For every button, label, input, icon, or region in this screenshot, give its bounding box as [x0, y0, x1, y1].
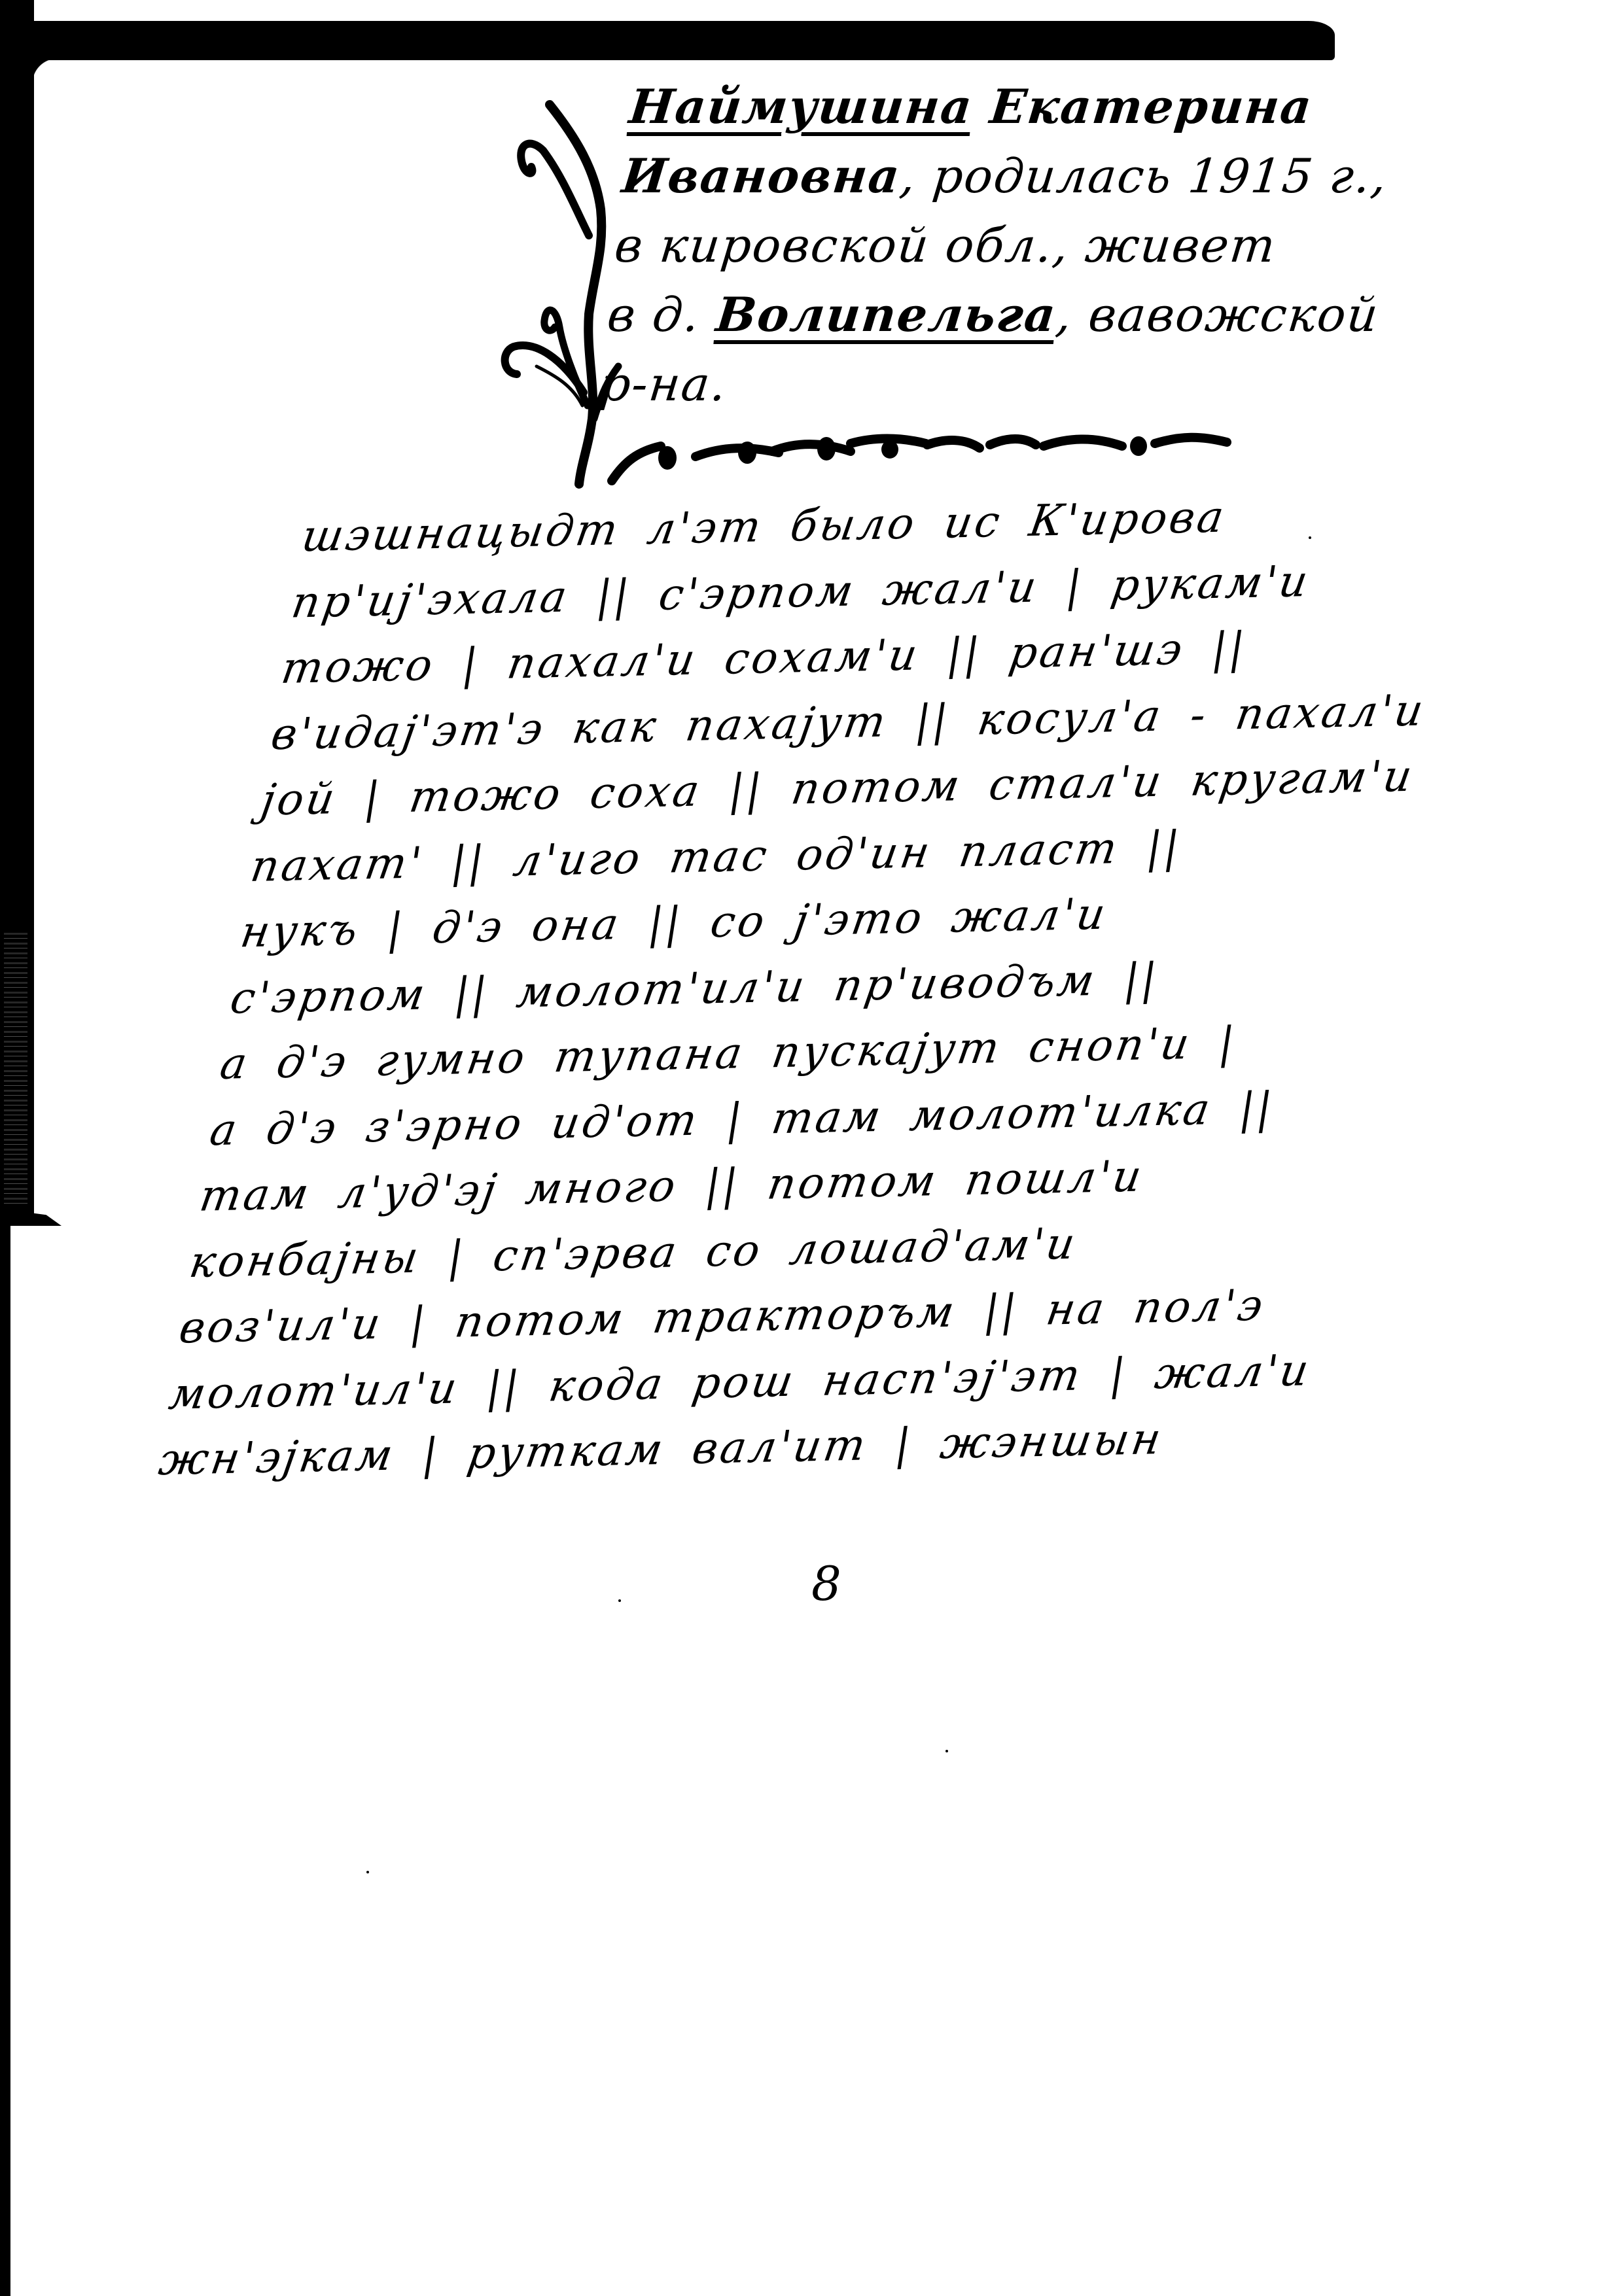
scan-binding-texture [4, 929, 27, 1204]
surname: Наймушина [627, 78, 976, 134]
dotted-arc-separator-icon [599, 406, 1371, 491]
header-line-name: Наймушина Екатерина [626, 72, 1405, 141]
first-name: Екатерина [970, 78, 1315, 134]
header-line-region: в кировской обл., живет [611, 211, 1390, 280]
scan-speck [945, 1750, 948, 1752]
scan-speck [1309, 536, 1311, 539]
header-line-village: в д. Волипельга, вавожской [604, 280, 1383, 349]
district-suffix: р-на. [597, 357, 730, 411]
header-line-birth: Ивановна, родилась 1915 г., [619, 141, 1398, 211]
page-number: 8 [811, 1560, 841, 1607]
speaker-info-header: Наймушина Екатерина Ивановна, родилась 1… [597, 72, 1405, 419]
scan-speck [366, 1871, 369, 1873]
scan-corner [31, 58, 58, 84]
scan-edge-tail [10, 1210, 62, 1226]
scan-top-edge [0, 21, 1335, 60]
village-name: Волипельга [714, 287, 1059, 342]
region-text: в кировской обл., живет [612, 218, 1279, 273]
dialect-transcription: шэшнацыдт л'эт было ис К'ирова пр'иj'эха… [154, 481, 1407, 1493]
scan-left-edge [0, 1223, 10, 2296]
district-text: , вавожской [1053, 287, 1382, 342]
village-prefix: в д. [605, 287, 719, 342]
scan-speck [618, 1599, 621, 1602]
patronymic: Ивановна [620, 148, 904, 203]
birth-year: , родилась 1915 г., [898, 148, 1391, 203]
